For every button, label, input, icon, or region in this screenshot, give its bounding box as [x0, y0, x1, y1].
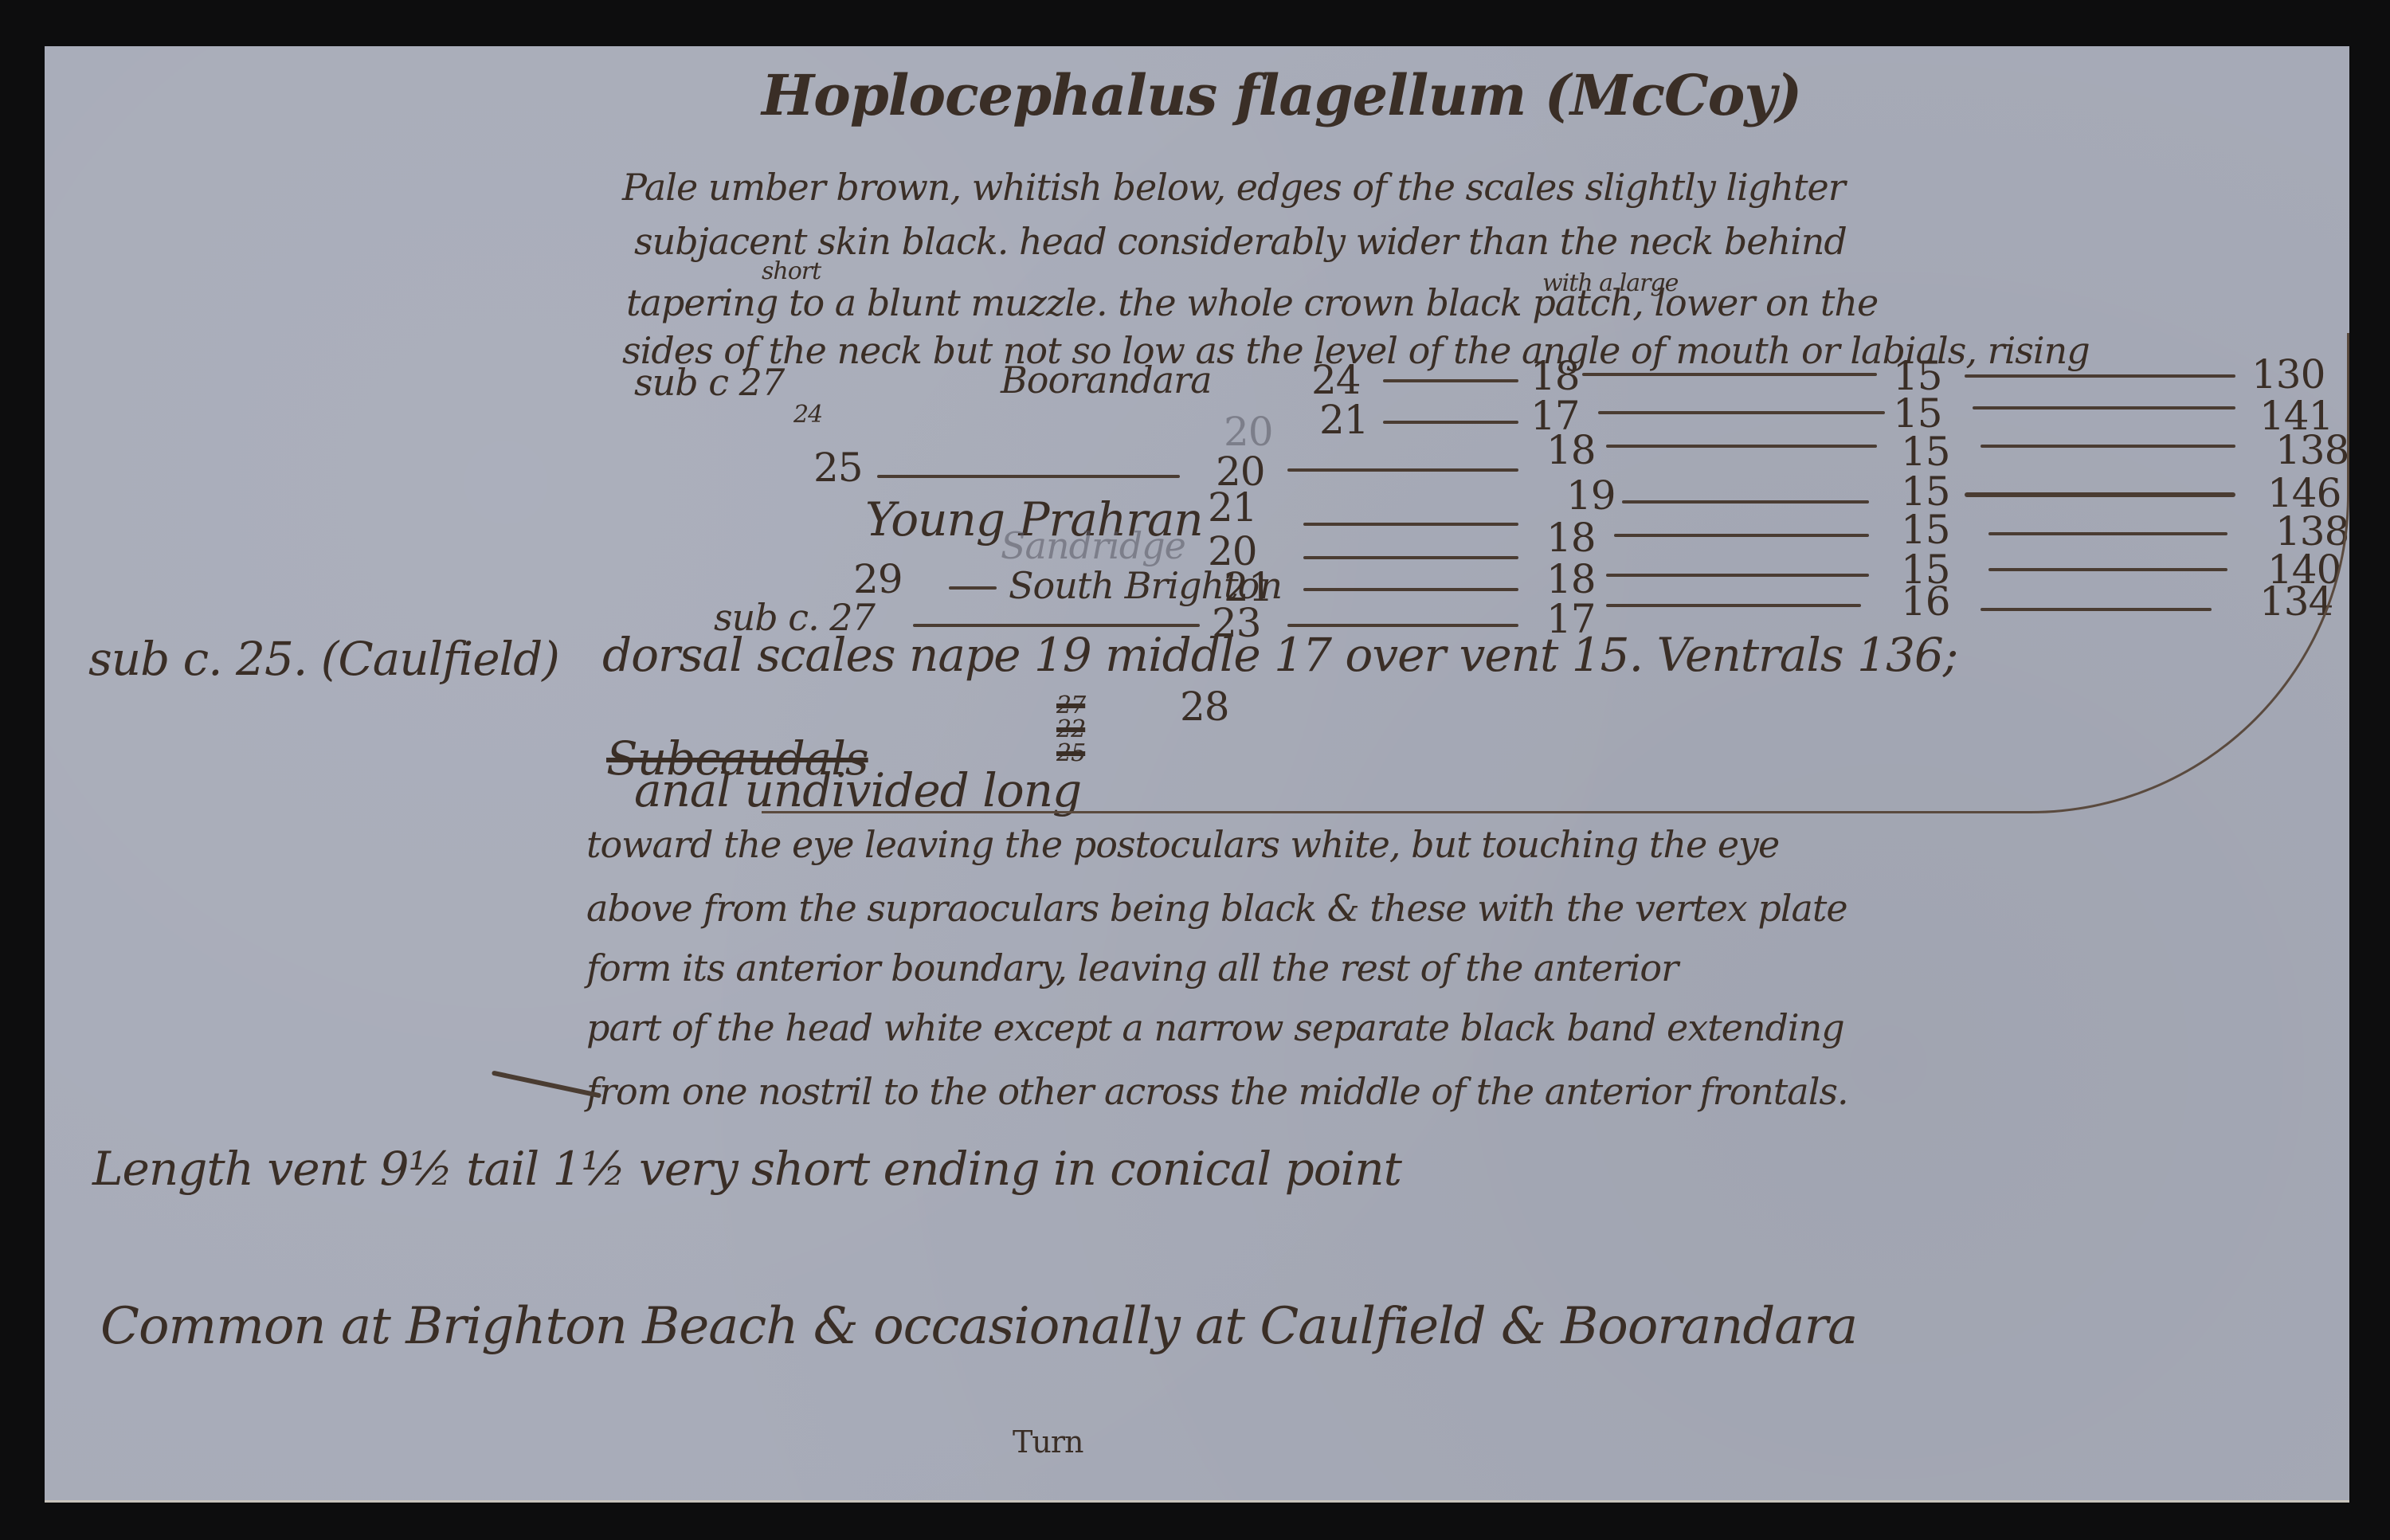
paragraph-1-line-3: tapering to a blunt muzzle. the whole cr… [626, 281, 1878, 324]
habitat-line: Common at Brighton Beach & occasionally … [100, 1297, 1857, 1356]
paragraph-2-line-3: form its anterior boundary, leaving all … [586, 946, 1678, 989]
summary-prefix: sub c. 25. (Caulfield) [88, 632, 559, 686]
paragraph-1-line-1: Pale umber brown, whitish below, edges o… [622, 166, 1845, 209]
paragraph-1-line-2: subjacent skin black. head considerably … [634, 220, 1847, 263]
insertion-arrow-icon [492, 1071, 601, 1099]
paragraph-2-line-5: from one nostril to the other across the… [586, 1070, 1848, 1113]
page-title: Hoplocephalus flagellum (McCoy) [762, 62, 1801, 128]
length-line: Length vent 9½ tail 1½ very short ending… [92, 1142, 1401, 1196]
paragraph-2-line-4: part of the head white except a narrow s… [586, 1006, 1844, 1049]
paragraph-2-line-1: toward the eye leaving the postoculars w… [586, 823, 1779, 866]
paragraph-2-line-2: above from the supraoculars being black … [586, 887, 1847, 930]
manuscript-page: Hoplocephalus flagellum (McCoy) Pale umb… [45, 46, 2349, 1503]
bracket-curve [762, 333, 2349, 813]
turn-note: Turn [1013, 1424, 1083, 1460]
